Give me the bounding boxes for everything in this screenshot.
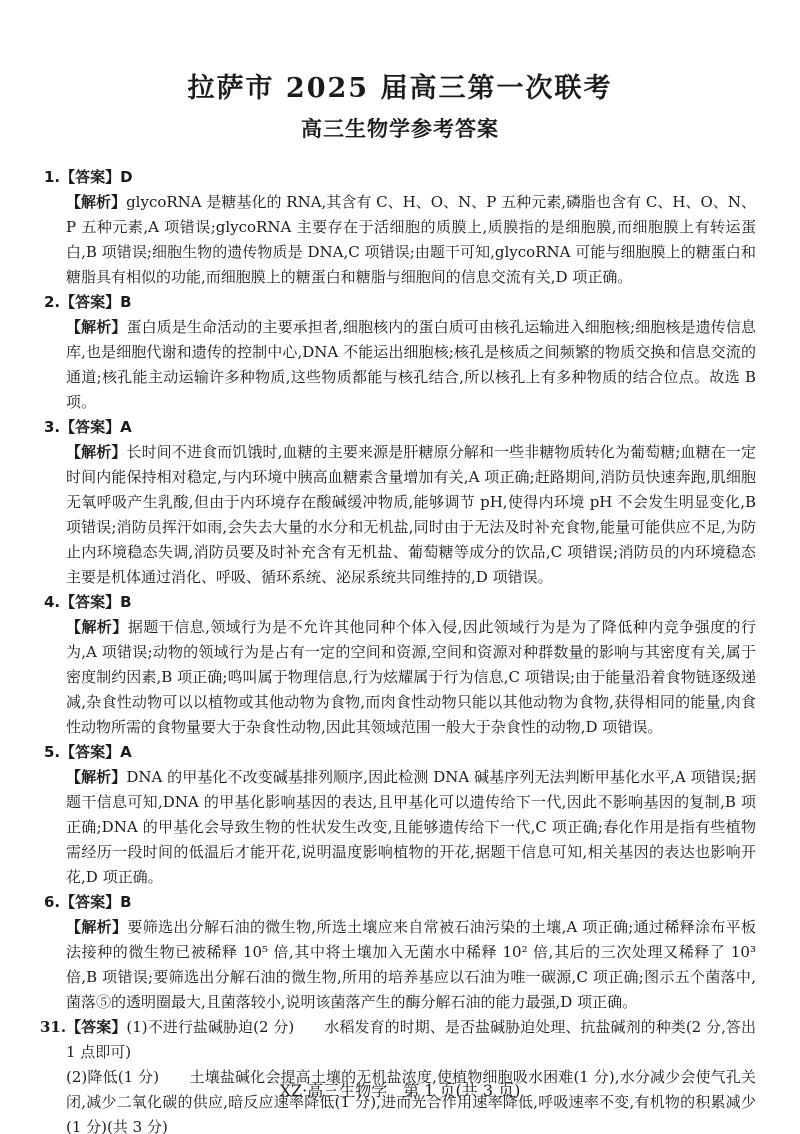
analysis-paragraph: 【解析】蛋白质是生命活动的主要承担者,细胞核内的蛋白质可由核孔运输进入细胞核;细…	[66, 315, 756, 415]
answer-label: 【答案】	[60, 593, 120, 611]
answer-line: 5.【答案】A	[66, 740, 756, 765]
question-number: 31.	[40, 1018, 66, 1036]
answer-letter: A	[120, 418, 132, 436]
analysis-label: 【解析】	[66, 768, 126, 786]
answer-label: 【答案】	[60, 293, 120, 311]
analysis-text: 蛋白质是生命活动的主要承担者,细胞核内的蛋白质可由核孔运输进入细胞核;细胞核是遗…	[66, 318, 756, 411]
analysis-label: 【解析】	[66, 193, 126, 211]
answer-letter: A	[120, 743, 132, 761]
analysis-text: DNA 的甲基化不改变碱基排列顺序,因此检测 DNA 碱基序列无法判断甲基化水平…	[66, 768, 756, 886]
analysis-paragraph: 【解析】据题干信息,领域行为是不允许其他同种个体入侵,因此领域行为是为了降低种内…	[66, 615, 756, 740]
answer-label: 【答案】	[60, 168, 120, 186]
answer-line: 3.【答案】A	[66, 415, 756, 440]
answer-item-6: 6.【答案】B 【解析】要筛选出分解石油的微生物,所选土壤应来自常被石油污染的土…	[44, 890, 756, 1015]
answer-line: 1.【答案】D	[66, 165, 756, 190]
analysis-paragraph: 【解析】glycoRNA 是糖基化的 RNA,其含有 C、H、O、N、P 五种元…	[66, 190, 756, 290]
answer-item-31: 31.【答案】(1)不进行盐碱胁迫(2 分) 水稻发育的时期、是否盐碱胁迫处理、…	[44, 1015, 756, 1134]
answer-item-4: 4.【答案】B 【解析】据题干信息,领域行为是不允许其他同种个体入侵,因此领域行…	[44, 590, 756, 740]
answer-item-5: 5.【答案】A 【解析】DNA 的甲基化不改变碱基排列顺序,因此检测 DNA 碱…	[44, 740, 756, 890]
analysis-text: 长时间不进食而饥饿时,血糖的主要来源是肝糖原分解和一些非糖物质转化为葡萄糖;血糖…	[66, 443, 756, 586]
analysis-paragraph: 【解析】DNA 的甲基化不改变碱基排列顺序,因此检测 DNA 碱基序列无法判断甲…	[66, 765, 756, 890]
answer-item-1: 1.【答案】D 【解析】glycoRNA 是糖基化的 RNA,其含有 C、H、O…	[44, 165, 756, 290]
answer-letter: D	[120, 168, 132, 186]
answer-item-2: 2.【答案】B 【解析】蛋白质是生命活动的主要承担者,细胞核内的蛋白质可由核孔运…	[44, 290, 756, 415]
answer-line: 6.【答案】B	[66, 890, 756, 915]
answer-letter: B	[120, 593, 131, 611]
answer-label: 【答案】	[60, 418, 120, 436]
answer-letter: B	[120, 293, 131, 311]
analysis-label: 【解析】	[66, 918, 127, 936]
analysis-label: 【解析】	[66, 318, 126, 336]
question-number: 2.	[44, 293, 60, 311]
answer-label: 【答案】	[60, 743, 120, 761]
question-number: 4.	[44, 593, 60, 611]
analysis-text: glycoRNA 是糖基化的 RNA,其含有 C、H、O、N、P 五种元素,磷脂…	[66, 193, 756, 286]
analysis-paragraph: 【解析】长时间不进食而饥饿时,血糖的主要来源是肝糖原分解和一些非糖物质转化为葡萄…	[66, 440, 756, 590]
question-number: 5.	[44, 743, 60, 761]
answer-label: 【答案】	[66, 1018, 126, 1036]
document-page: 拉萨市 2025 届高三第一次联考 高三生物学参考答案 1.【答案】D 【解析】…	[0, 0, 800, 1134]
question-number: 3.	[44, 418, 60, 436]
answer-line: 31.【答案】(1)不进行盐碱胁迫(2 分) 水稻发育的时期、是否盐碱胁迫处理、…	[66, 1015, 756, 1065]
analysis-text: 要筛选出分解石油的微生物,所选土壤应来自常被石油污染的土壤,A 项正确;通过稀释…	[66, 918, 756, 1011]
answer-line: 2.【答案】B	[66, 290, 756, 315]
page-footer: XZ·高三生物学 第 1 页(共 3 页)	[0, 1078, 800, 1101]
question-number: 1.	[44, 168, 60, 186]
exam-subtitle: 高三生物学参考答案	[44, 113, 756, 143]
answer-letter: B	[120, 893, 131, 911]
exam-title: 拉萨市 2025 届高三第一次联考	[44, 66, 756, 105]
question-number: 6.	[44, 893, 60, 911]
answer-line: 4.【答案】B	[66, 590, 756, 615]
analysis-label: 【解析】	[66, 618, 128, 636]
analysis-label: 【解析】	[66, 443, 126, 461]
analysis-text: 据题干信息,领域行为是不允许其他同种个体入侵,因此领域行为是为了降低种内竞争强度…	[66, 618, 756, 736]
answer-part-1: (1)不进行盐碱胁迫(2 分) 水稻发育的时期、是否盐碱胁迫处理、抗盐碱剂的种类…	[66, 1018, 756, 1061]
answer-label: 【答案】	[60, 893, 120, 911]
analysis-paragraph: 【解析】要筛选出分解石油的微生物,所选土壤应来自常被石油污染的土壤,A 项正确;…	[66, 915, 756, 1015]
question-number-text: 31.	[40, 1018, 66, 1036]
answer-item-3: 3.【答案】A 【解析】长时间不进食而饥饿时,血糖的主要来源是肝糖原分解和一些非…	[44, 415, 756, 590]
